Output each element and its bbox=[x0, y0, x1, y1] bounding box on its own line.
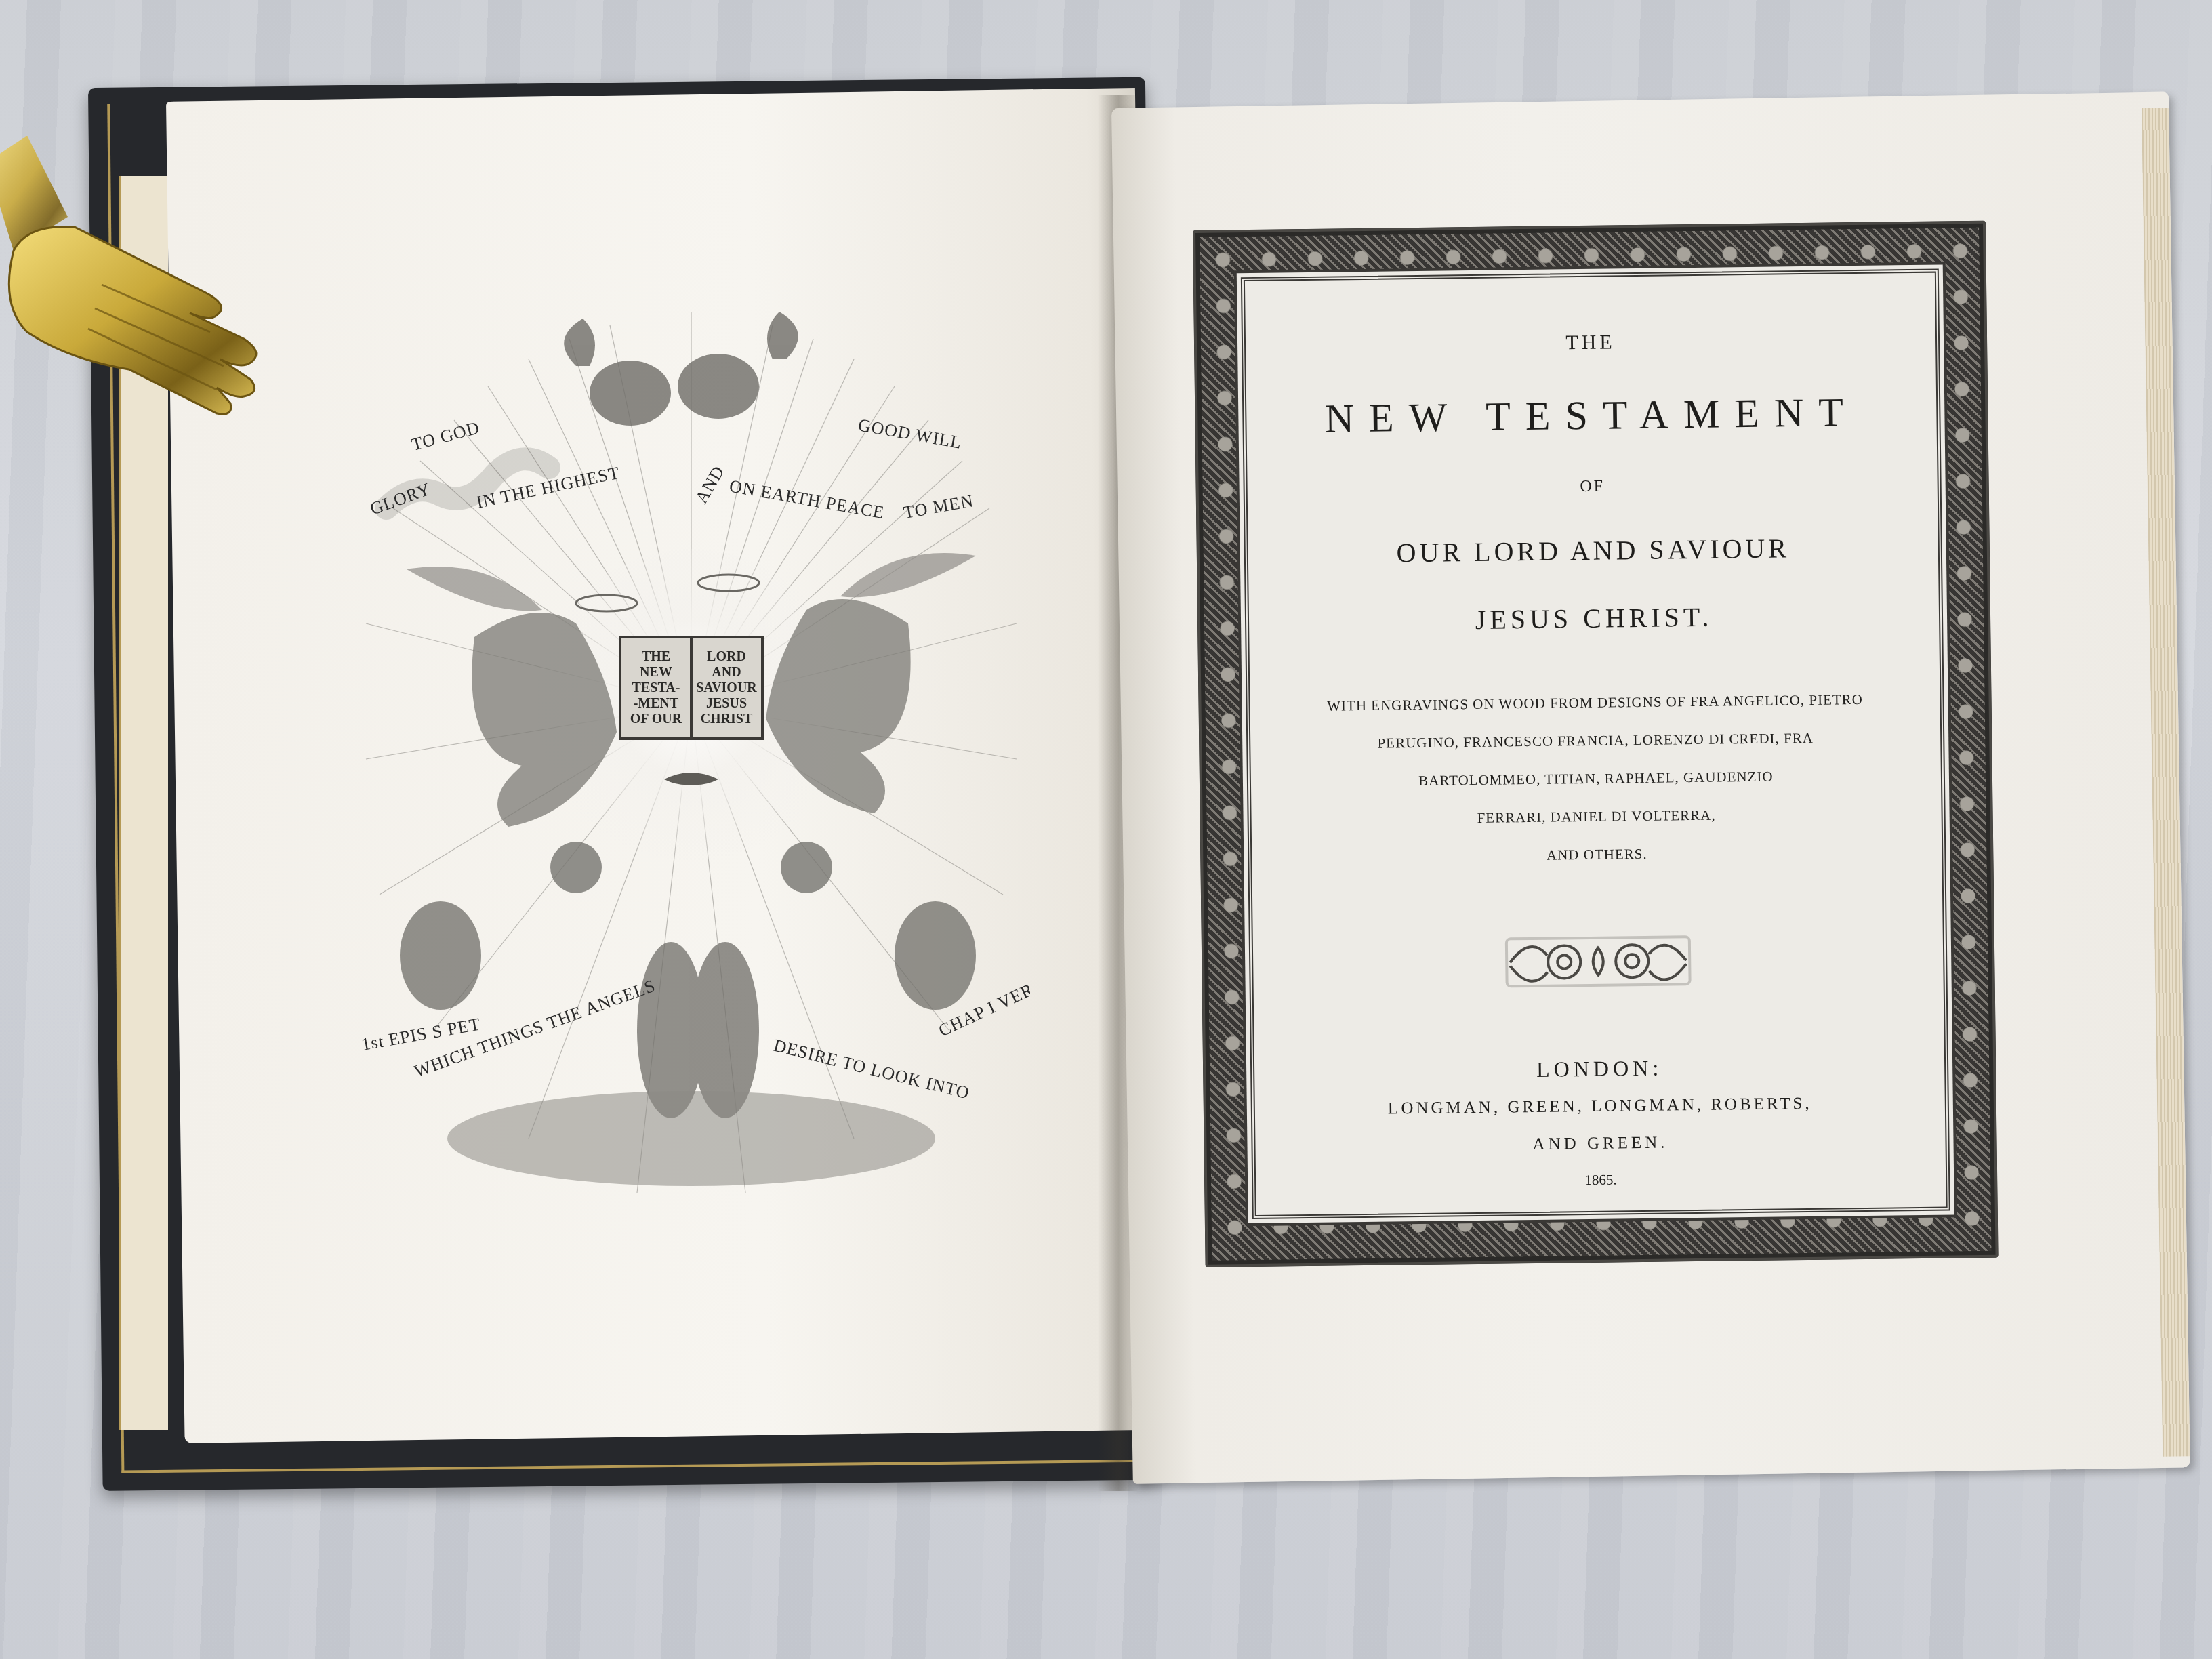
svg-text:JESUS: JESUS bbox=[706, 696, 747, 711]
imprint-publisher: LONGMAN, GREEN, LONGMAN, ROBERTS, bbox=[1255, 1093, 1945, 1120]
title-panel: THE NEW TESTAMENT OF OUR LORD AND SAVIOU… bbox=[1241, 269, 1950, 1219]
brass-hand-bookmark-icon bbox=[0, 136, 285, 420]
imprint-year: 1865. bbox=[1256, 1168, 1946, 1193]
engraving-illustration: GLORY TO GOD IN THE HIGHEST AND ON EARTH… bbox=[352, 285, 1030, 1233]
svg-text:DESIRE TO LOOK INTO: DESIRE TO LOOK INTO bbox=[772, 1036, 972, 1103]
title-subtitle: OUR LORD AND SAVIOUR bbox=[1248, 531, 1938, 571]
svg-text:AND: AND bbox=[712, 665, 741, 680]
svg-text:TO MEN: TO MEN bbox=[902, 491, 975, 523]
svg-text:AND: AND bbox=[691, 462, 729, 507]
title-main: NEW TESTAMENT bbox=[1246, 388, 1937, 443]
title-the: THE bbox=[1246, 327, 1935, 359]
ornamental-border: THE NEW TESTAMENT OF OUR LORD AND SAVIOU… bbox=[1193, 221, 1999, 1267]
svg-text:CHRIST: CHRIST bbox=[701, 712, 753, 726]
title-name: JESUS CHRIST. bbox=[1249, 598, 1939, 638]
credits-line: AND OTHERS. bbox=[1279, 832, 1915, 877]
svg-text:TESTA-: TESTA- bbox=[632, 680, 680, 695]
svg-text:THE: THE bbox=[642, 649, 670, 664]
title-of: OF bbox=[1248, 474, 1938, 500]
held-open-book: THE NEW TESTA- -MENT OF OUR LORD AND SAV… bbox=[620, 637, 762, 739]
svg-text:GOOD WILL: GOOD WILL bbox=[857, 415, 964, 452]
frontispiece-engraving: GLORY TO GOD IN THE HIGHEST AND ON EARTH… bbox=[352, 285, 1030, 1233]
imprint-place: LONDON: bbox=[1254, 1052, 1944, 1086]
lower-cherubs bbox=[400, 901, 976, 1118]
svg-text:LORD: LORD bbox=[707, 649, 746, 664]
svg-text:ON EARTH PEACE: ON EARTH PEACE bbox=[728, 476, 886, 523]
svg-text:TO GOD: TO GOD bbox=[409, 417, 482, 455]
engraving-credits: WITH ENGRAVINGS ON WOOD FROM DESIGNS OF … bbox=[1250, 680, 1942, 878]
svg-text:SAVIOUR: SAVIOUR bbox=[696, 680, 757, 695]
clouds bbox=[447, 1091, 935, 1186]
svg-text:-MENT: -MENT bbox=[634, 696, 679, 711]
svg-text:NEW: NEW bbox=[640, 665, 672, 680]
scroll-ornament-icon bbox=[1500, 926, 1697, 997]
credits-line: WITH ENGRAVINGS ON WOOD FROM DESIGNS OF … bbox=[1277, 680, 1913, 725]
top-banners: GLORY TO GOD IN THE HIGHEST AND ON EARTH… bbox=[367, 415, 975, 523]
imprint-publisher-cont: AND GREEN. bbox=[1255, 1130, 1945, 1158]
svg-text:OF OUR: OF OUR bbox=[630, 712, 682, 726]
